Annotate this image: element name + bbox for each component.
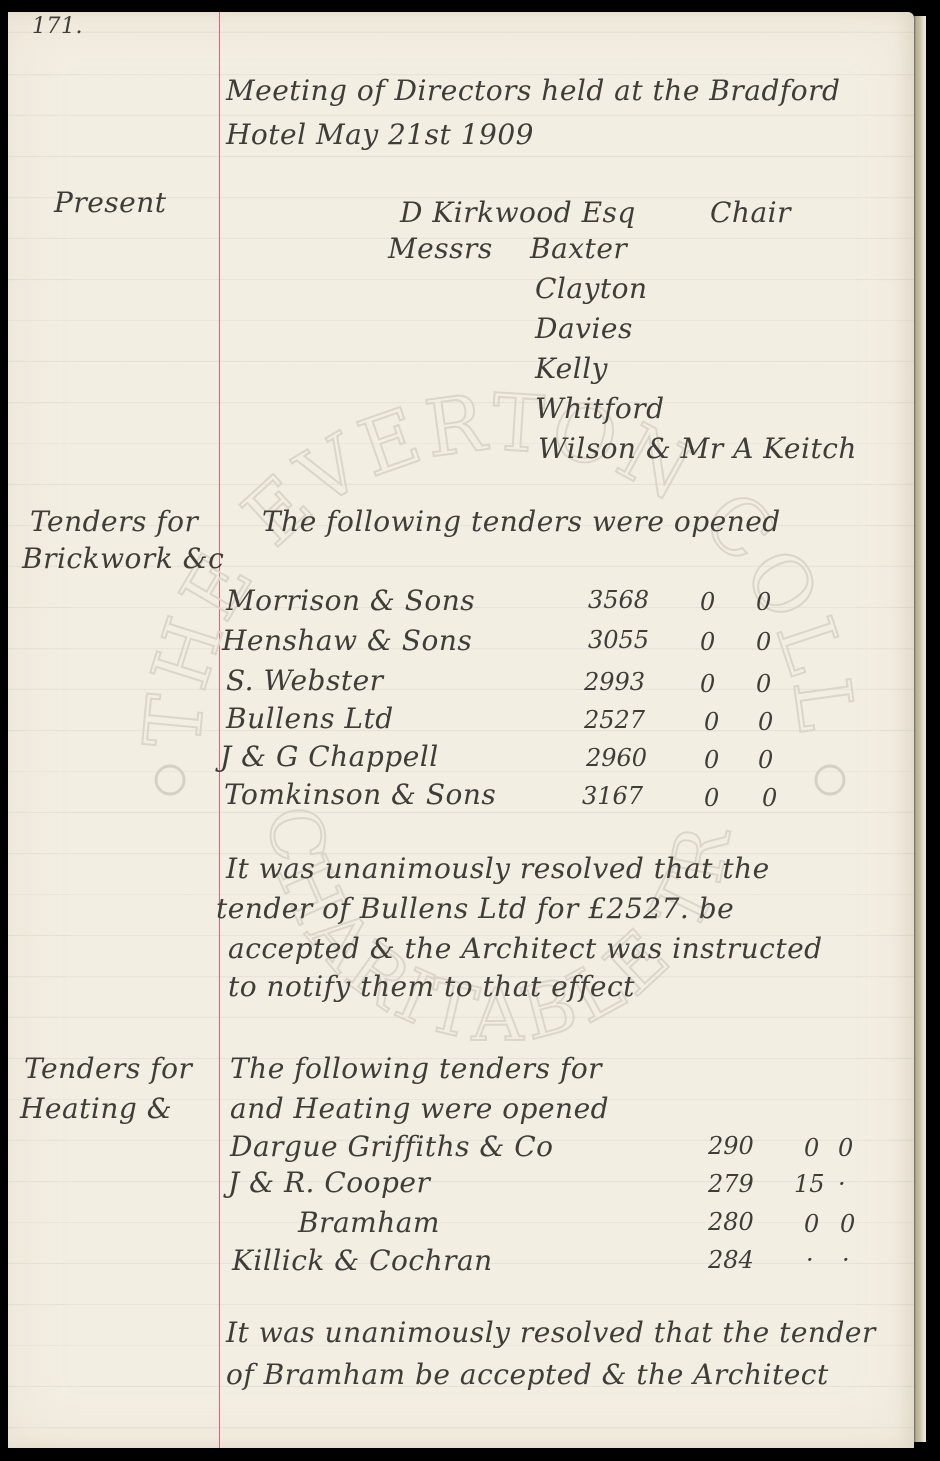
heating-resolution-line-2: of Bramham be accepted & the Architect (226, 1358, 829, 1391)
present-margin-label: Present (54, 186, 167, 219)
amount-pence: 0 (758, 708, 773, 736)
amount-pounds: 279 (708, 1170, 754, 1198)
amount-pounds: 3167 (582, 782, 643, 810)
brickwork-resolution-line-3: accepted & the Architect was instructed (228, 932, 823, 965)
page-number: 171. (32, 14, 83, 39)
brickwork-resolution-line-1: It was unanimously resolved that the (226, 852, 770, 885)
tenderer-name: J & G Chappell (220, 740, 439, 773)
chair-name: D Kirkwood Esq (400, 196, 636, 229)
amount-pounds: 290 (708, 1132, 754, 1160)
amount-pounds: 280 (708, 1208, 754, 1236)
amount-pence: 0 (758, 746, 773, 774)
amount-pence: 0 (756, 588, 771, 616)
chair-role: Chair (710, 196, 791, 229)
brickwork-margin-label-line-1: Tenders for (30, 505, 198, 538)
amount-pence: 0 (840, 1210, 855, 1238)
tenderer-name: Morrison & Sons (226, 584, 475, 617)
amount-shillings: 0 (700, 628, 715, 656)
member-name: Baxter (530, 232, 627, 265)
meeting-heading-line-1: Meeting of Directors held at the Bradfor… (226, 74, 840, 107)
tenderer-name: S. Webster (226, 664, 384, 697)
tenderer-name: Dargue Griffiths & Co (230, 1130, 554, 1163)
meeting-heading-line-2: Hotel May 21st 1909 (226, 118, 534, 151)
brickwork-resolution-line-4: to notify them to that effect (228, 970, 635, 1003)
amount-shillings: 15 (794, 1170, 825, 1198)
member-name: Kelly (535, 352, 608, 385)
amount-pence: 0 (756, 628, 771, 656)
member-name: Whitford (535, 392, 665, 425)
amount-pounds: 2993 (584, 668, 645, 696)
brickwork-margin-label-line-2: Brickwork &c (22, 542, 224, 575)
amount-pounds: 3055 (588, 626, 649, 654)
red-margin-line (219, 12, 220, 1448)
amount-shillings: 0 (704, 784, 719, 812)
member-name: Clayton (535, 272, 648, 305)
amount-pence: · (838, 1170, 846, 1198)
brickwork-intro: The following tenders were opened (262, 505, 781, 538)
amount-pounds: 284 (708, 1246, 754, 1274)
heating-intro-line-1: The following tenders for (230, 1052, 602, 1085)
page-binding-edge (914, 16, 926, 1442)
amount-pence: · (842, 1246, 850, 1274)
amount-pence: 0 (762, 784, 777, 812)
messrs-label: Messrs (388, 232, 493, 265)
amount-shillings: 0 (700, 588, 715, 616)
amount-pounds: 2527 (584, 706, 645, 734)
member-name: Wilson & Mr A Keitch (538, 432, 857, 465)
heating-margin-label-line-1: Tenders for (24, 1052, 192, 1085)
amount-shillings: 0 (700, 670, 715, 698)
tenderer-name: Bullens Ltd (226, 702, 394, 735)
tenderer-name: Tomkinson & Sons (224, 778, 496, 811)
tenderer-name: Henshaw & Sons (222, 624, 472, 657)
amount-shillings: 0 (804, 1134, 819, 1162)
amount-pence: 0 (838, 1134, 853, 1162)
amount-pounds: 3568 (588, 586, 649, 614)
tenderer-name: Bramham (298, 1206, 440, 1239)
amount-pence: 0 (756, 670, 771, 698)
amount-pounds: 2960 (586, 744, 647, 772)
brickwork-resolution-line-2: tender of Bullens Ltd for £2527. be (216, 892, 734, 925)
heating-intro-line-2: and Heating were opened (230, 1092, 609, 1125)
member-name: Davies (535, 312, 633, 345)
amount-shillings: 0 (704, 746, 719, 774)
amount-shillings: 0 (804, 1210, 819, 1238)
amount-shillings: 0 (704, 708, 719, 736)
tenderer-name: J & R. Cooper (228, 1166, 430, 1199)
heating-margin-label-line-2: Heating & (20, 1092, 172, 1125)
tenderer-name: Killick & Cochran (232, 1244, 493, 1277)
amount-shillings: · (806, 1246, 814, 1274)
heating-resolution-line-1: It was unanimously resolved that the ten… (226, 1316, 876, 1349)
